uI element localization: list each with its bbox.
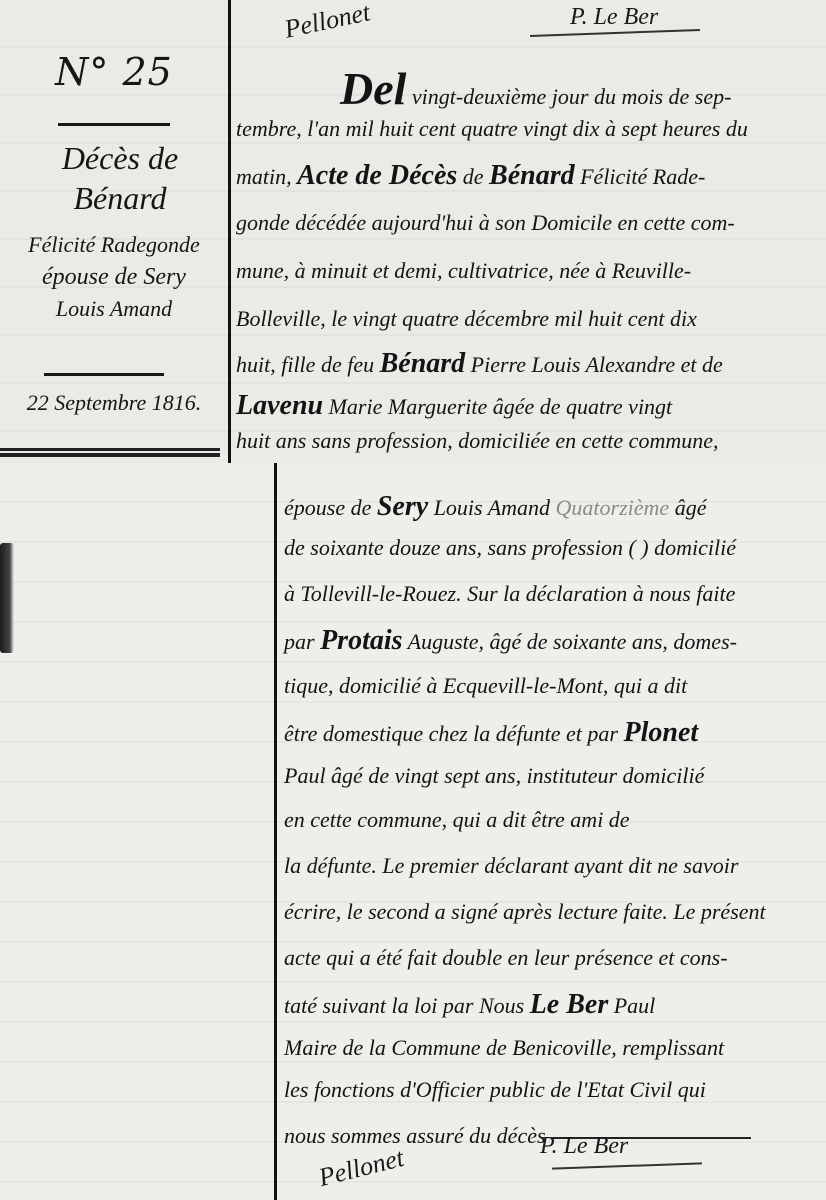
body-line-19: écrire, le second a signé après lecture …: [284, 899, 766, 925]
line-text: Auguste, âgé de soixante ans, domes-: [403, 629, 737, 654]
line-text: nous sommes assuré du décès: [284, 1123, 546, 1148]
margin-date: 22 Septembre 1816.: [0, 390, 228, 416]
line-text: taté suivant la loi par Nous: [284, 993, 530, 1018]
body-line-14: tique, domicilié à Ecquevill-le-Mont, qu…: [284, 673, 687, 699]
act-number: N° 25: [0, 50, 228, 94]
body-line-9: huit ans sans profession, domiciliée en …: [236, 428, 719, 454]
line-text: être domestique chez la défunte et par: [284, 721, 624, 746]
body-line-3: matin, Acte de Décès de Bénard Félicité …: [236, 160, 705, 192]
father-surname: Bénard: [380, 348, 466, 379]
register-page-bottom: épouse de Sery Louis Amand Quatorzième â…: [0, 463, 826, 1200]
margin-column-rule: [228, 0, 231, 463]
margin-spouse-names: Louis Amand: [0, 296, 228, 322]
signature-bottom-right: P. Le Ber: [540, 1133, 628, 1160]
declarant1-surname: Protais: [320, 625, 402, 656]
margin-double-rule: [0, 448, 220, 457]
margin-title: Décès de Bénard: [20, 138, 220, 218]
body-line-10: épouse de Sery Louis Amand Quatorzième â…: [284, 491, 706, 523]
dropcap: Del: [340, 63, 406, 114]
line-text: Louis Amand: [428, 495, 555, 520]
line-text: de: [457, 164, 489, 189]
body-line-2: tembre, l'an mil huit cent quatre vingt …: [236, 116, 748, 142]
body-line-12: à Tollevill-le-Rouez. Sur la déclaration…: [284, 581, 735, 607]
body-line-18: la défunte. Le premier déclarant ayant d…: [284, 853, 738, 879]
signature-flourish: [552, 1162, 702, 1169]
body-line-23: les fonctions d'Officier public de l'Eta…: [284, 1077, 706, 1103]
margin-subject-names: Félicité Radegonde: [0, 232, 228, 258]
body-line-17: en cette commune, qui a dit être ami de: [284, 807, 630, 833]
line-text: matin,: [236, 164, 297, 189]
signature-top-right: P. Le Ber: [570, 4, 658, 31]
spouse-surname: Sery: [377, 491, 428, 522]
body-line-22: Maire de la Commune de Benicoville, remp…: [284, 1035, 724, 1061]
body-line-16: Paul âgé de vingt sept ans, instituteur …: [284, 763, 704, 789]
line-text: Pierre Louis Alexandre et de: [465, 352, 723, 377]
body-line-24: nous sommes assuré du décès: [284, 1123, 751, 1149]
mayor-surname: Le Ber: [530, 989, 609, 1020]
line-text: par: [284, 629, 320, 654]
binding-edge: [0, 543, 14, 653]
line-text: épouse de: [284, 495, 377, 520]
deceased-surname: Bénard: [489, 160, 575, 191]
marginal-annotation: Quatorzième: [556, 495, 670, 520]
margin-title-line1: Décès de: [20, 138, 220, 178]
body-line-5: mune, à minuit et demi, cultivatrice, né…: [236, 258, 691, 284]
margin-title-line2: Bénard: [20, 178, 220, 218]
body-line-11: de soixante douze ans, sans profession (…: [284, 535, 736, 561]
body-line-6: Bolleville, le vingt quatre décembre mil…: [236, 306, 697, 332]
margin-spouse-line: épouse de Sery: [0, 264, 228, 291]
margin-divider: [58, 123, 170, 126]
signature-top-left: Pellonet: [282, 0, 373, 45]
body-line-7: huit, fille de feu Bénard Pierre Louis A…: [236, 348, 723, 380]
margin-divider-2: [44, 373, 164, 376]
body-line-1: Del vingt-deuxième jour du mois de sep-: [340, 62, 731, 115]
body-line-4: gonde décédée aujourd'hui à son Domicile…: [236, 210, 735, 236]
line-text: Marie Marguerite âgée de quatre vingt: [323, 394, 672, 419]
line-text: Paul: [608, 993, 655, 1018]
declarant2-surname: Plonet: [624, 717, 699, 748]
body-line-13: par Protais Auguste, âgé de soixante ans…: [284, 625, 737, 657]
body-line-8: Lavenu Marie Marguerite âgée de quatre v…: [236, 390, 672, 422]
body-line-20: acte qui a été fait double en leur prése…: [284, 945, 728, 971]
register-page-top: N° 25 Décès de Bénard Félicité Radegonde…: [0, 0, 826, 463]
body-line-21: taté suivant la loi par Nous Le Ber Paul: [284, 989, 655, 1021]
line-text: Félicité Rade-: [575, 164, 706, 189]
margin-column-rule: [274, 463, 277, 1200]
mother-surname: Lavenu: [236, 390, 323, 421]
body-line-15: être domestique chez la défunte et par P…: [284, 717, 698, 749]
line-text: vingt-deuxième jour du mois de sep-: [412, 84, 732, 109]
signature-bottom-left: Pellonet: [316, 1143, 407, 1193]
line-text: âgé: [669, 495, 706, 520]
act-title: Acte de Décès: [297, 160, 457, 191]
line-text: huit, fille de feu: [236, 352, 380, 377]
